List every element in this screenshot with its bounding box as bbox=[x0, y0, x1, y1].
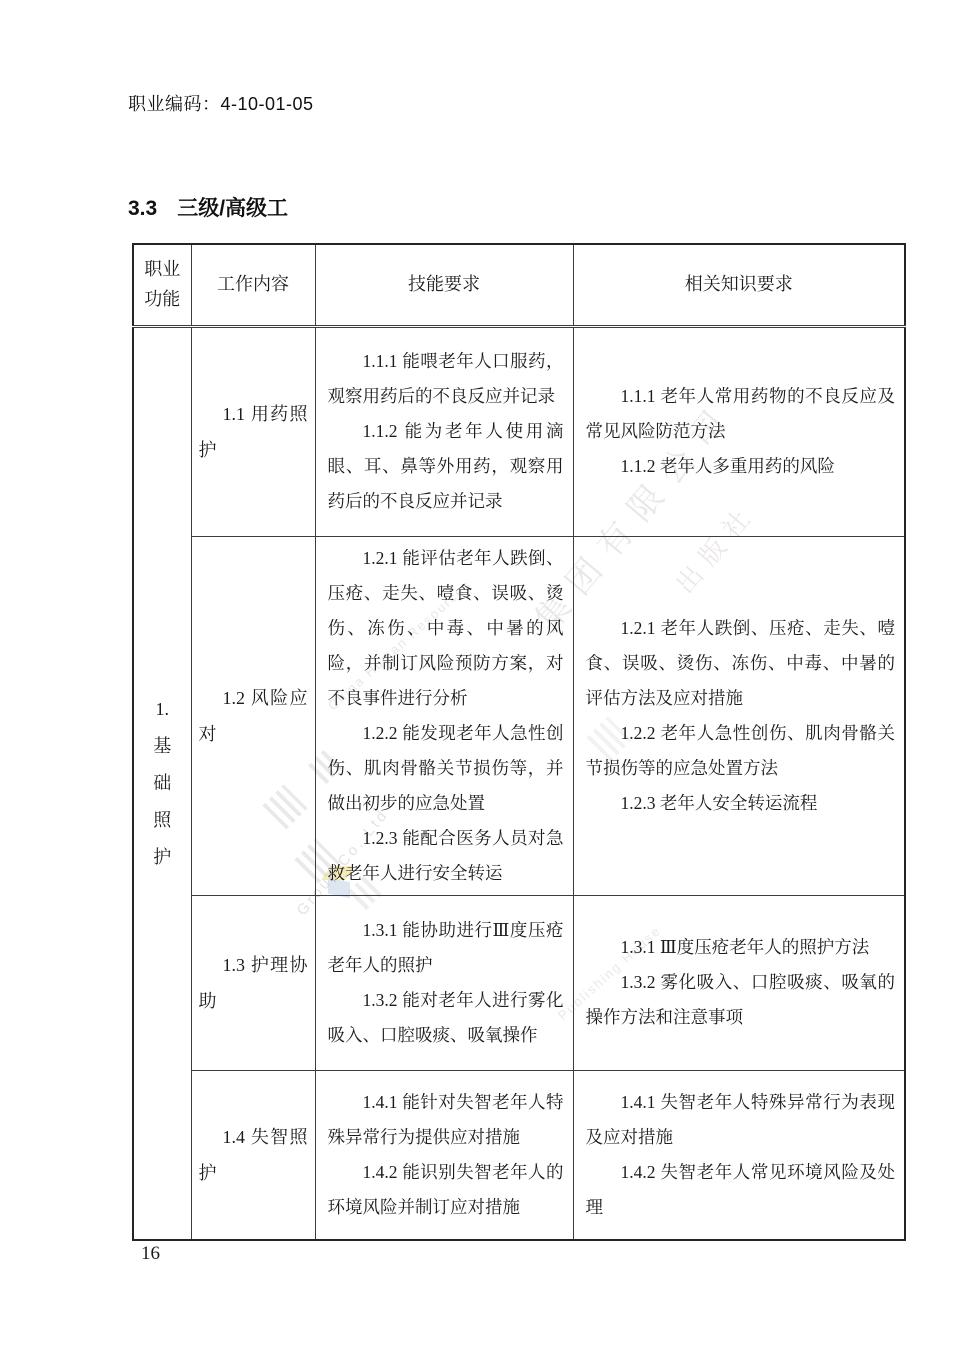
function-cell-basic-care: 1. 基 础 照 护 bbox=[133, 326, 191, 1240]
knowledge-requirements-cell: 1.1.1 老年人常用药物的不良反应及常见风险防范方法 1.1.2 老年人多重用… bbox=[573, 326, 905, 536]
section-title-text: 三级/高级工 bbox=[177, 197, 288, 220]
work-content-label: 1.2 风险应对 bbox=[199, 680, 308, 752]
skill-item: 1.2.2 能发现老年人急性创伤、肌肉骨骼关节损伤等，并做出初步的应急处置 bbox=[328, 716, 564, 821]
knowledge-item: 1.2.3 老年人安全转运流程 bbox=[586, 786, 896, 821]
work-content-cell: 1.3 护理协助 bbox=[191, 895, 315, 1070]
work-content-cell: 1.1 用药照护 bbox=[191, 326, 315, 536]
document-page: 集团有限公司 Group Co.,Ltd 出版社 China Human Res… bbox=[0, 0, 970, 1361]
skill-item: 1.2.3 能配合医务人员对急救老年人进行安全转运 bbox=[328, 821, 564, 891]
work-content-label: 1.4 失智照护 bbox=[199, 1119, 308, 1191]
skill-item: 1.1.2 能为老年人使用滴眼、耳、鼻等外用药，观察用药后的不良反应并记录 bbox=[328, 414, 564, 519]
table-header-row: 职业 功能 工作内容 技能要求 相关知识要求 bbox=[133, 244, 905, 326]
table-row: 1.3 护理协助 1.3.1 能协助进行Ⅲ度压疮老年人的照护 1.3.2 能对老… bbox=[133, 895, 905, 1070]
work-content-cell: 1.4 失智照护 bbox=[191, 1070, 315, 1240]
table-row: 1. 基 础 照 护 1.1 用药照护 1.1.1 能喂老年人口服药，观察用药后… bbox=[133, 326, 905, 536]
table-row: 1.2 风险应对 1.2.1 能评估老年人跌倒、压疮、走失、噎食、误吸、烫伤、冻… bbox=[133, 536, 905, 895]
skill-item: 1.3.2 能对老年人进行雾化吸入、口腔吸痰、吸氧操作 bbox=[328, 983, 564, 1053]
header-skill-requirements: 技能要求 bbox=[315, 244, 573, 326]
knowledge-requirements-cell: 1.3.1 Ⅲ度压疮老年人的照护方法 1.3.2 雾化吸入、口腔吸痰、吸氧的操作… bbox=[573, 895, 905, 1070]
work-content-label: 1.3 护理协助 bbox=[199, 947, 308, 1019]
knowledge-item: 1.3.1 Ⅲ度压疮老年人的照护方法 bbox=[586, 930, 896, 965]
section-title: 3.3三级/高级工 bbox=[128, 192, 288, 222]
knowledge-requirements-cell: 1.4.1 失智老年人特殊异常行为表现及应对措施 1.4.2 失智老年人常见环境… bbox=[573, 1070, 905, 1240]
knowledge-item: 1.1.1 老年人常用药物的不良反应及常见风险防范方法 bbox=[586, 379, 896, 449]
work-content-label: 1.1 用药照护 bbox=[199, 396, 308, 468]
header-occupational-function: 职业 功能 bbox=[133, 244, 191, 326]
skill-item: 1.4.2 能识别失智老年人的环境风险并制订应对措施 bbox=[328, 1155, 564, 1225]
skill-item: 1.2.1 能评估老年人跌倒、压疮、走失、噎食、误吸、烫伤、冻伤、中毒、中暑的风… bbox=[328, 541, 564, 716]
skill-item: 1.4.1 能针对失智老年人特殊异常行为提供应对措施 bbox=[328, 1085, 564, 1155]
page-number: 16 bbox=[141, 1243, 160, 1265]
work-content-cell: 1.2 风险应对 bbox=[191, 536, 315, 895]
header-knowledge-requirements: 相关知识要求 bbox=[573, 244, 905, 326]
knowledge-item: 1.2.1 老年人跌倒、压疮、走失、噎食、误吸、烫伤、冻伤、中毒、中暑的评估方法… bbox=[586, 611, 896, 716]
occupation-code: 职业编码：4-10-01-05 bbox=[128, 90, 314, 116]
skill-requirements-cell: 1.4.1 能针对失智老年人特殊异常行为提供应对措施 1.4.2 能识别失智老年… bbox=[315, 1070, 573, 1240]
skill-item: 1.3.1 能协助进行Ⅲ度压疮老年人的照护 bbox=[328, 913, 564, 983]
skill-item: 1.1.1 能喂老年人口服药，观察用药后的不良反应并记录 bbox=[328, 344, 564, 414]
occupational-standard-table: 职业 功能 工作内容 技能要求 相关知识要求 1. 基 础 照 护 1.1 用药… bbox=[132, 243, 906, 1241]
knowledge-item: 1.4.2 失智老年人常见环境风险及处理 bbox=[586, 1155, 896, 1225]
skill-requirements-cell: 1.1.1 能喂老年人口服药，观察用药后的不良反应并记录 1.1.2 能为老年人… bbox=[315, 326, 573, 536]
knowledge-item: 1.4.1 失智老年人特殊异常行为表现及应对措施 bbox=[586, 1085, 896, 1155]
knowledge-item: 1.3.2 雾化吸入、口腔吸痰、吸氧的操作方法和注意事项 bbox=[586, 965, 896, 1035]
table-row: 1.4 失智照护 1.4.1 能针对失智老年人特殊异常行为提供应对措施 1.4.… bbox=[133, 1070, 905, 1240]
knowledge-requirements-cell: 1.2.1 老年人跌倒、压疮、走失、噎食、误吸、烫伤、冻伤、中毒、中暑的评估方法… bbox=[573, 536, 905, 895]
section-number: 3.3 bbox=[128, 197, 157, 220]
skill-requirements-cell: 1.3.1 能协助进行Ⅲ度压疮老年人的照护 1.3.2 能对老年人进行雾化吸入、… bbox=[315, 895, 573, 1070]
header-work-content: 工作内容 bbox=[191, 244, 315, 326]
knowledge-item: 1.2.2 老年人急性创伤、肌肉骨骼关节损伤等的应急处置方法 bbox=[586, 716, 896, 786]
skill-requirements-cell: 1.2.1 能评估老年人跌倒、压疮、走失、噎食、误吸、烫伤、冻伤、中毒、中暑的风… bbox=[315, 536, 573, 895]
knowledge-item: 1.1.2 老年人多重用药的风险 bbox=[586, 449, 896, 484]
